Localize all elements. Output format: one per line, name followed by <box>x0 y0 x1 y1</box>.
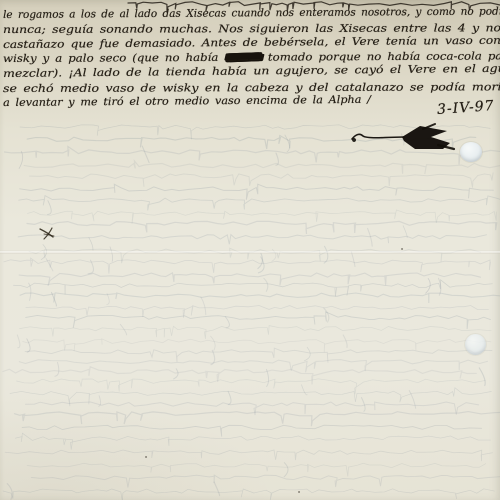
scanned-letter-page: le rogamos a los de al lado das Xisecas … <box>0 0 500 500</box>
handwriting-line: a levantar y me tiró el otro medio vaso … <box>3 93 371 111</box>
punch-hole <box>465 334 486 355</box>
fold-crease <box>0 250 500 254</box>
handwriting-segment: wisky y a palo seco (que no había <box>3 52 224 65</box>
punch-hole <box>460 142 482 162</box>
crossed-out-word: ——— <box>224 52 261 62</box>
